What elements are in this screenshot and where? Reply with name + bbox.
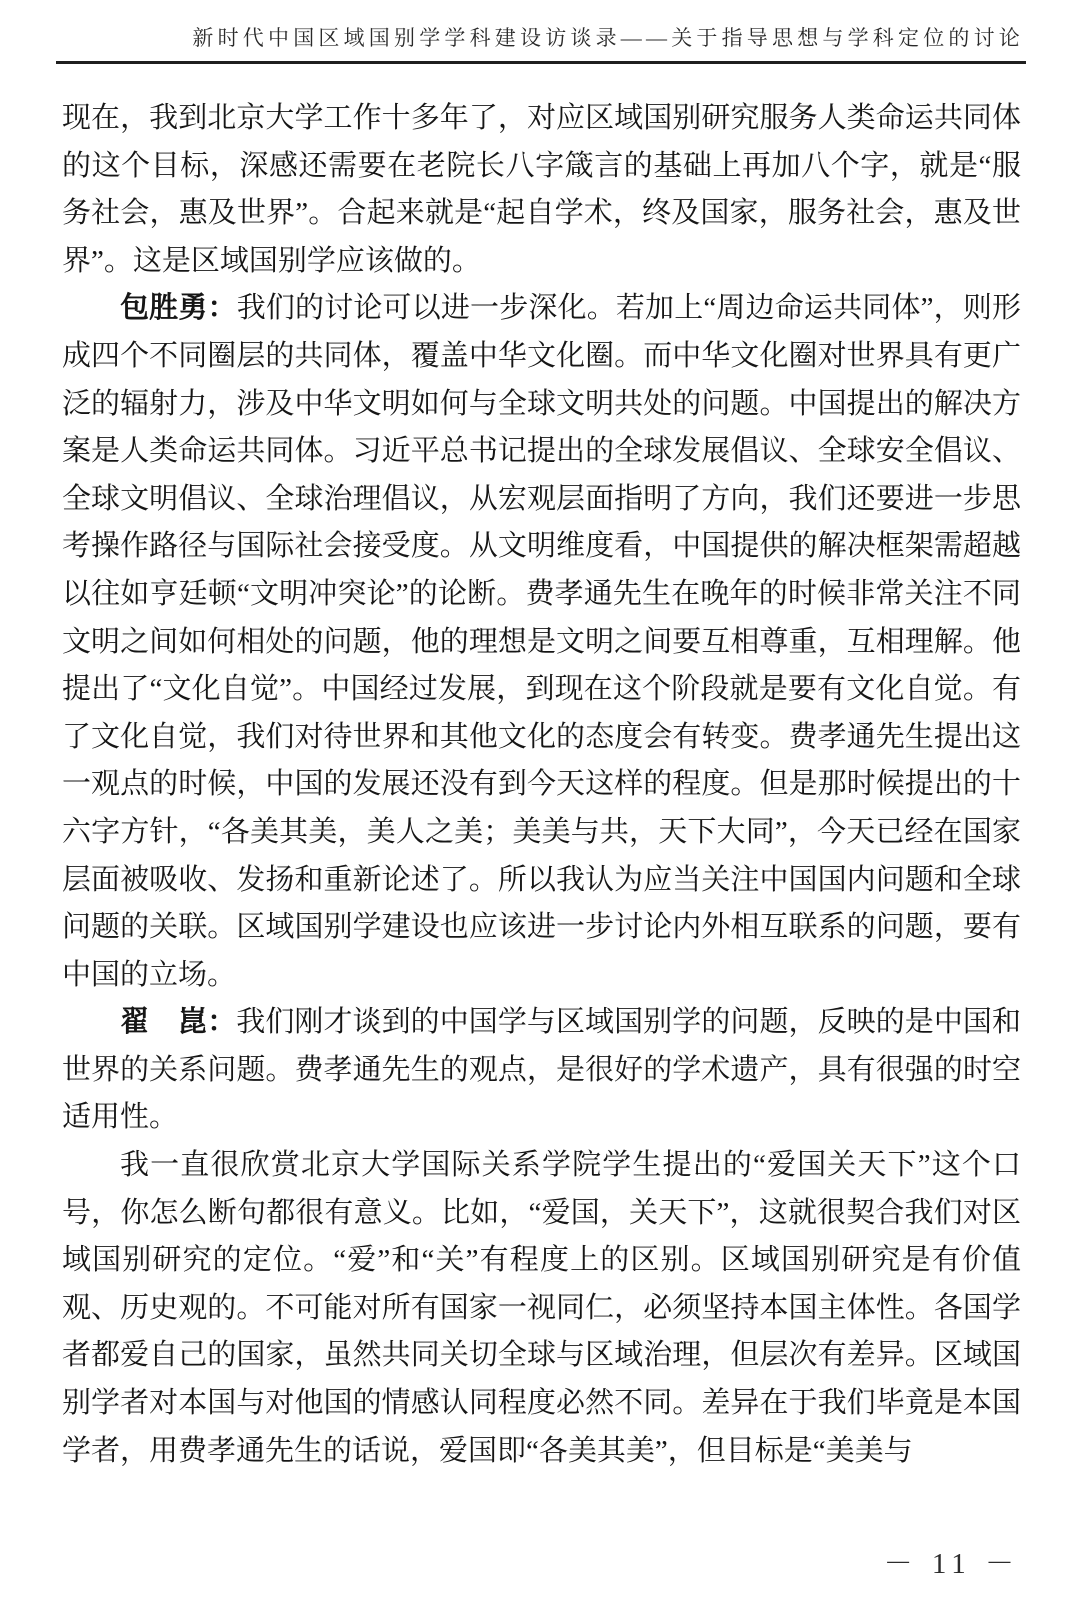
page-number: － 11 － xyxy=(884,1541,1020,1582)
document-page: 新时代中国区域国别学学科建设访谈录——关于指导思想与学科定位的讨论 现在，我到北… xyxy=(0,0,1080,1604)
document-body: 现在，我到北京大学工作十多年了，对应区域国别研究服务人类命运共同体的这个目标，深… xyxy=(62,95,1021,1475)
paragraph: 包胜勇：我们的讨论可以进一步深化。若加上“周边命运共同体”，则形成四个不同圈层的… xyxy=(62,285,1021,999)
running-header-title: 新时代中国区域国别学学科建设访谈录——关于指导思想与学科定位的讨论 xyxy=(60,22,1024,52)
paragraph-text: 我们的讨论可以进一步深化。若加上“周边命运共同体”，则形成四个不同圈层的共同体，… xyxy=(62,292,1021,990)
paragraph-text: 我一直很欣赏北京大学国际关系学院学生提出的“爱国关天下”这个口号，你怎么断句都很… xyxy=(62,1149,1021,1467)
paragraph: 翟 崑：我们刚才谈到的中国学与区域国别学的问题，反映的是中国和世界的关系问题。费… xyxy=(62,999,1021,1142)
paragraph: 现在，我到北京大学工作十多年了，对应区域国别研究服务人类命运共同体的这个目标，深… xyxy=(62,95,1021,285)
paragraph-text: 现在，我到北京大学工作十多年了，对应区域国别研究服务人类命运共同体的这个目标，深… xyxy=(62,102,1021,277)
speaker-name: 包胜勇： xyxy=(120,292,237,324)
header-rule xyxy=(56,61,1026,64)
speaker-name: 翟 崑： xyxy=(120,1006,236,1038)
paragraph: 我一直很欣赏北京大学国际关系学院学生提出的“爱国关天下”这个口号，你怎么断句都很… xyxy=(62,1142,1021,1475)
